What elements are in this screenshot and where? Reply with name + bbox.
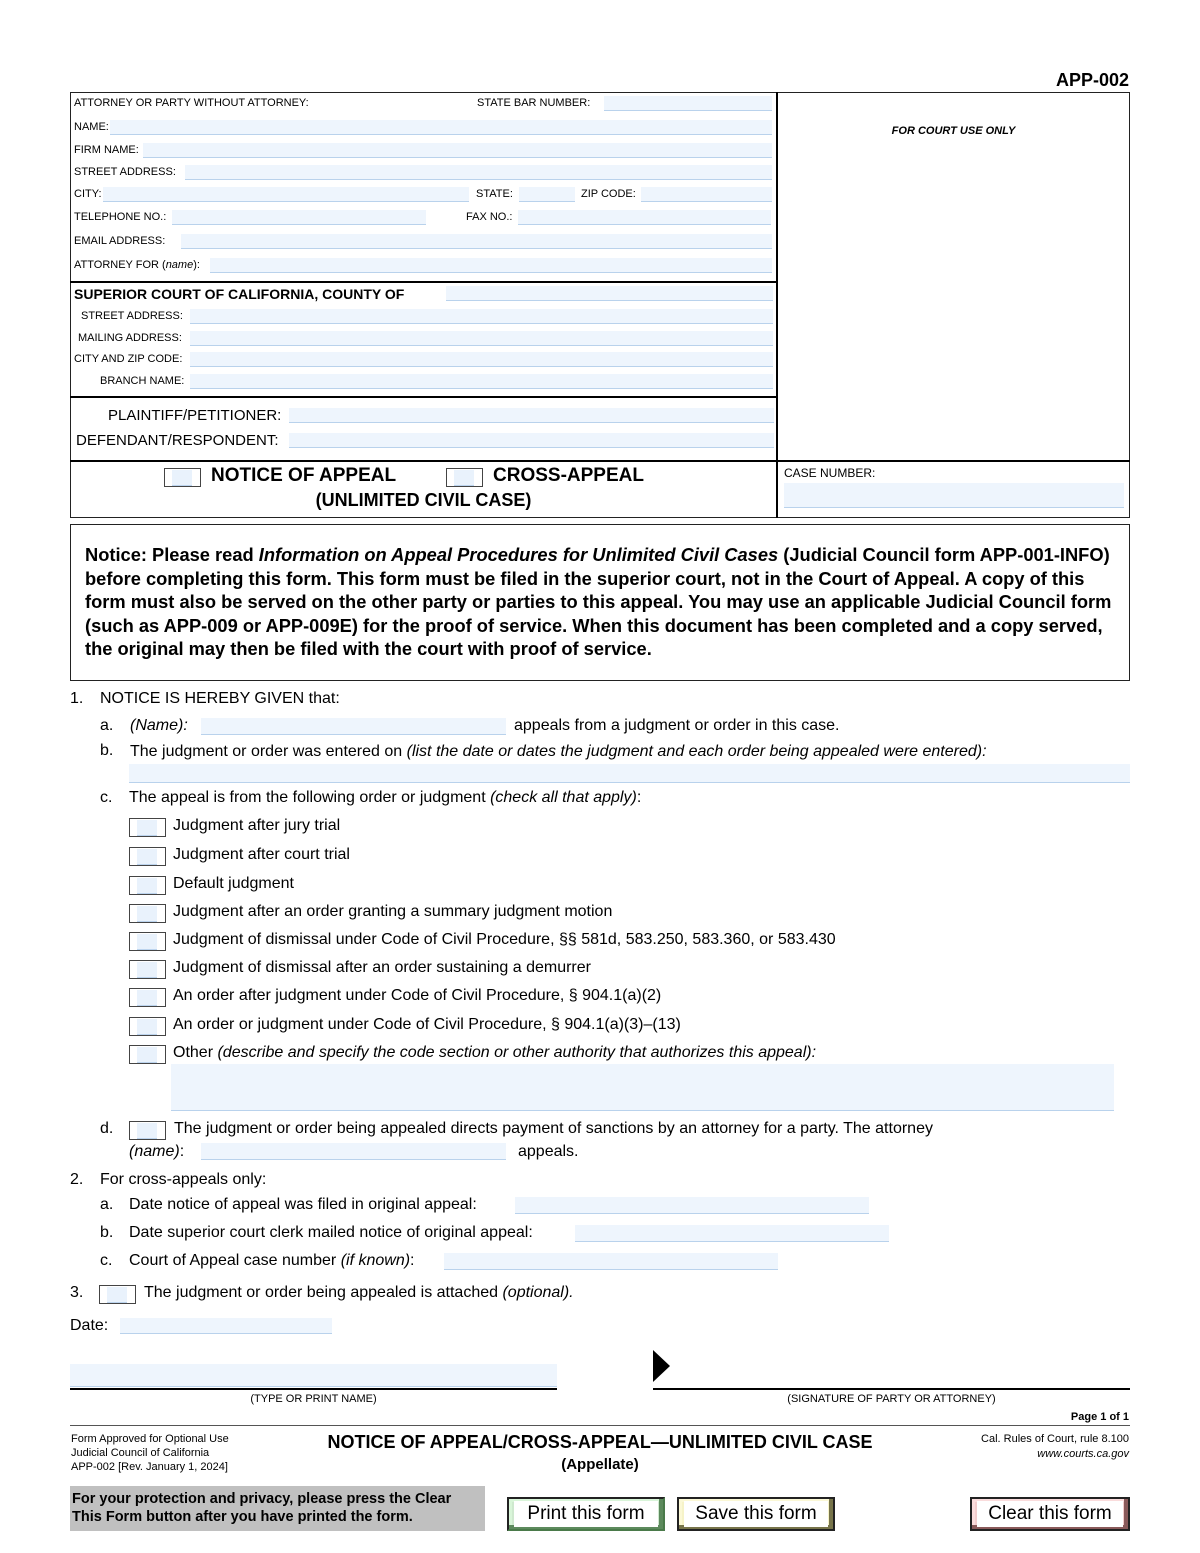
clear-button[interactable]: Clear this form — [970, 1497, 1130, 1531]
footer-website: www.courts.ca.gov — [1037, 1448, 1129, 1460]
attorney-for-field[interactable] — [210, 258, 772, 273]
item2b-text: Date superior court clerk mailed notice … — [129, 1224, 533, 1242]
court-city-zip-field[interactable] — [190, 352, 773, 367]
appeal-type-label: Judgment after court trial — [173, 846, 350, 864]
appeal-type-checkbox[interactable] — [129, 988, 166, 1007]
unlimited-civil-case: (UNLIMITED CIVIL CASE) — [70, 490, 777, 511]
case-number-label: CASE NUMBER: — [784, 466, 875, 480]
footer-subtitle: (Appellate) — [250, 1456, 950, 1473]
clerk-mailed-date-field[interactable] — [575, 1225, 889, 1242]
item1d-text: The judgment or order being appealed dir… — [174, 1120, 933, 1138]
privacy-notice: For your protection and privacy, please … — [70, 1486, 485, 1531]
page-number: Page 1 of 1 — [1071, 1411, 1129, 1423]
state-field[interactable] — [519, 187, 575, 202]
judgment-date-field[interactable] — [129, 764, 1130, 783]
item1c-letter: c. — [100, 789, 112, 807]
appeal-type-checkbox[interactable] — [129, 960, 166, 979]
notice-of-appeal-label: NOTICE OF APPEAL — [211, 465, 396, 487]
cross-appeal-label: CROSS-APPEAL — [493, 465, 644, 487]
zip-label: ZIP CODE: — [581, 188, 636, 200]
footer-title: NOTICE OF APPEAL/CROSS-APPEAL—UNLIMITED … — [250, 1432, 950, 1453]
item2b-letter: b. — [100, 1224, 113, 1242]
print-name-field[interactable] — [70, 1364, 557, 1387]
attorney-header: ATTORNEY OR PARTY WITHOUT ATTORNEY: — [74, 97, 309, 109]
item2a-letter: a. — [100, 1196, 113, 1214]
item2c-text: Court of Appeal case number (if known): — [129, 1252, 415, 1270]
appellant-name-field[interactable] — [201, 718, 506, 735]
defendant-label: DEFENDANT/RESPONDENT: — [76, 432, 279, 449]
plaintiff-label: PLAINTIFF/PETITIONER: — [108, 407, 281, 424]
state-bar-label: STATE BAR NUMBER: — [477, 97, 590, 109]
sanctions-checkbox[interactable] — [129, 1121, 166, 1140]
item1d-label: (name): — [129, 1143, 184, 1161]
email-field[interactable] — [181, 234, 772, 249]
state-bar-number-field[interactable] — [604, 96, 772, 111]
other-description-field[interactable] — [171, 1064, 1114, 1111]
attached-checkbox[interactable] — [99, 1285, 136, 1304]
item1d-suffix: appeals. — [518, 1143, 579, 1161]
item1b-letter: b. — [100, 742, 113, 760]
court-city-zip-label: CITY AND ZIP CODE: — [74, 353, 182, 365]
signature-arrow-icon — [653, 1350, 670, 1382]
notice-of-appeal-checkbox[interactable] — [164, 468, 201, 487]
cross-appeal-checkbox[interactable] — [446, 468, 483, 487]
item3-number: 3. — [70, 1284, 83, 1302]
item1a-label: (Name): — [130, 717, 188, 735]
appeal-type-label: Judgment after an order granting a summa… — [173, 903, 612, 921]
sanctions-attorney-field[interactable] — [201, 1143, 506, 1160]
firm-name-field[interactable] — [143, 143, 772, 158]
street-address-field[interactable] — [185, 165, 772, 180]
item1a-suffix: appeals from a judgment or order in this… — [514, 717, 840, 735]
court-header: SUPERIOR COURT OF CALIFORNIA, COUNTY OF — [74, 286, 404, 302]
county-field[interactable] — [446, 286, 773, 301]
firm-name-label: FIRM NAME: — [74, 144, 139, 156]
defendant-field[interactable] — [289, 433, 774, 448]
telephone-field[interactable] — [172, 210, 426, 225]
email-label: EMAIL ADDRESS: — [74, 235, 165, 247]
signature-caption: (SIGNATURE OF PARTY OR ATTORNEY) — [653, 1393, 1130, 1405]
appeal-type-checkbox[interactable] — [129, 876, 166, 895]
city-field[interactable] — [103, 187, 469, 202]
appeal-type-label: An order after judgment under Code of Ci… — [173, 987, 661, 1005]
zip-field[interactable] — [641, 187, 772, 202]
appeal-type-checkbox[interactable] — [129, 904, 166, 923]
type-name-caption: (TYPE OR PRINT NAME) — [70, 1393, 557, 1405]
telephone-label: TELEPHONE NO.: — [74, 211, 166, 223]
footer-rule: Cal. Rules of Court, rule 8.100 — [981, 1433, 1129, 1445]
date-field[interactable] — [120, 1318, 332, 1334]
original-appeal-date-field[interactable] — [515, 1197, 869, 1214]
notice-text: Notice: Please read Information on Appea… — [85, 543, 1120, 661]
item3-text: The judgment or order being appealed is … — [144, 1284, 574, 1302]
other-checkbox[interactable] — [129, 1045, 166, 1064]
court-mailing-label: MAILING ADDRESS: — [78, 332, 182, 344]
appeal-type-checkbox[interactable] — [129, 932, 166, 951]
fax-label: FAX NO.: — [466, 211, 512, 223]
name-label: NAME: — [74, 121, 109, 133]
item1-number: 1. — [70, 690, 83, 708]
court-use-only: FOR COURT USE ONLY — [777, 125, 1130, 137]
name-field[interactable] — [110, 120, 772, 135]
footer-left: Form Approved for Optional Use Judicial … — [71, 1432, 229, 1474]
street-address-label: STREET ADDRESS: — [74, 166, 176, 178]
court-mailing-field[interactable] — [190, 331, 773, 346]
court-branch-label: BRANCH NAME: — [100, 375, 184, 387]
court-branch-field[interactable] — [190, 374, 773, 389]
case-number-field[interactable] — [784, 483, 1124, 508]
court-street-field[interactable] — [190, 309, 773, 324]
court-street-label: STREET ADDRESS: — [81, 310, 183, 322]
appeal-type-checkbox[interactable] — [129, 847, 166, 866]
appeal-type-label: Judgment of dismissal under Code of Civi… — [173, 931, 836, 949]
appeal-type-checkbox[interactable] — [129, 818, 166, 837]
appeal-type-label: Judgment after jury trial — [173, 817, 340, 835]
city-label: CITY: — [74, 188, 102, 200]
print-button[interactable]: Print this form — [507, 1497, 665, 1531]
signature-line[interactable] — [653, 1388, 1130, 1390]
appeal-type-label: Default judgment — [173, 875, 294, 893]
appeal-type-checkbox[interactable] — [129, 1017, 166, 1036]
item2-number: 2. — [70, 1171, 83, 1189]
attorney-for-label: ATTORNEY FOR (name): — [74, 259, 200, 271]
item1d-letter: d. — [100, 1120, 113, 1138]
appeal-type-label: An order or judgment under Code of Civil… — [173, 1016, 681, 1034]
fax-field[interactable] — [518, 210, 771, 225]
item2-text: For cross-appeals only: — [100, 1171, 266, 1189]
other-label: Other (describe and specify the code sec… — [173, 1044, 816, 1062]
item1b-text: The judgment or order was entered on (li… — [130, 743, 987, 761]
appeal-type-label: Judgment of dismissal after an order sus… — [173, 959, 591, 977]
save-button[interactable]: Save this form — [677, 1497, 835, 1531]
form-id: APP-002 — [1056, 70, 1129, 91]
item1a-letter: a. — [100, 717, 113, 735]
item1c-text: The appeal is from the following order o… — [129, 789, 641, 807]
item2c-letter: c. — [100, 1252, 112, 1270]
plaintiff-field[interactable] — [289, 408, 774, 423]
item2a-text: Date notice of appeal was filed in origi… — [129, 1196, 477, 1214]
item1-text: NOTICE IS HEREBY GIVEN that: — [100, 690, 340, 708]
date-label: Date: — [70, 1317, 108, 1335]
state-label: STATE: — [476, 188, 513, 200]
appeal-case-number-field[interactable] — [444, 1253, 778, 1270]
